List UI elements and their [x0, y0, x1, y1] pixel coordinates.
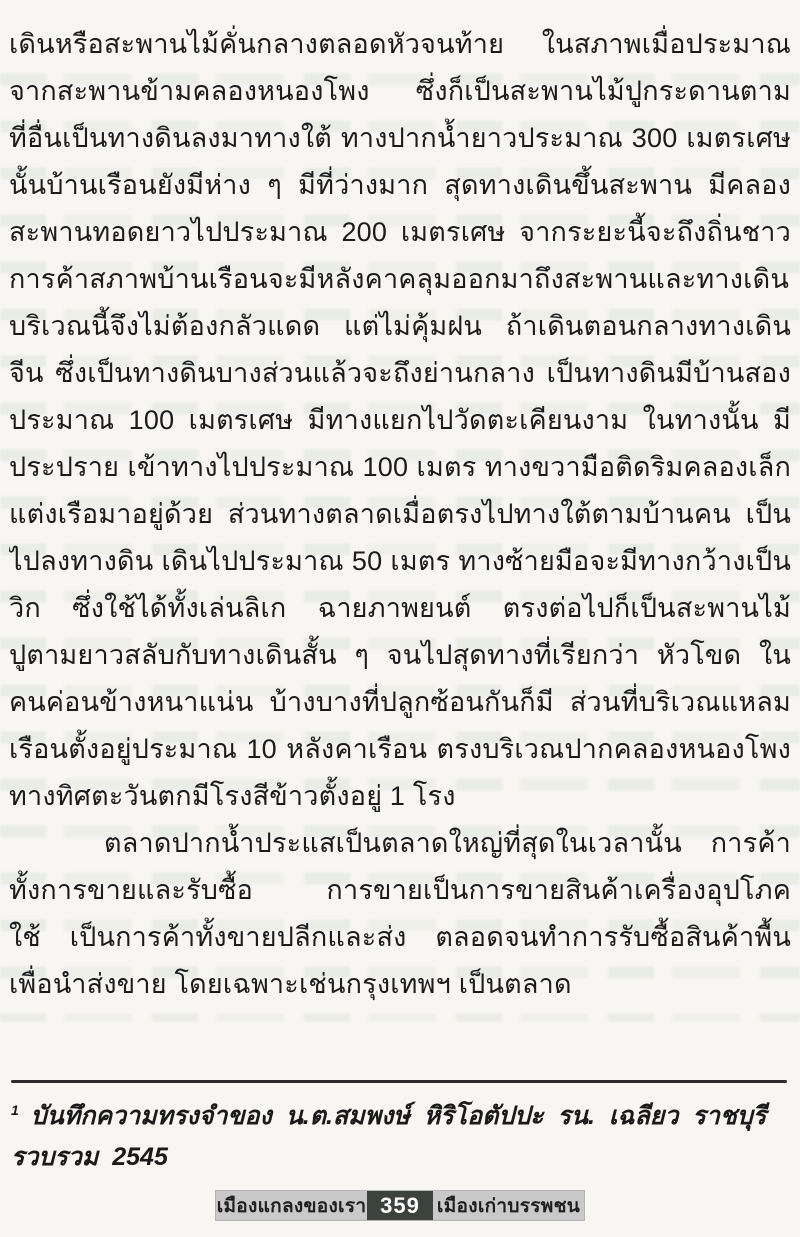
text-line: ทั้งการขายและรับซื้อ การขายเป็นการขายสิน…	[9, 867, 791, 914]
text-line: การค้าสภาพบ้านเรือนจะมีหลังคาคลุมออกมาถึ…	[9, 256, 791, 303]
footer-chapter-title: เมืองเก่าบรรพชน	[433, 1191, 584, 1220]
text-line: ใช้ เป็นการค้าทั้งขายปลีกและส่ง ตลอดจนทำ…	[9, 914, 791, 961]
footnote-line-1: 1บันทึกความทรงจำของ น.ต.สมพงษ์ หิริโอตัป…	[11, 1096, 787, 1137]
page-number-badge: 359	[367, 1191, 433, 1220]
text-line: เดินหรือสะพานไม้คั่นกลางตลอดหัวจนท้าย ใน…	[9, 21, 791, 68]
text-line: ไปลงทางดิน เดินไปประมาณ 50 เมตร ทางซ้ายม…	[9, 538, 791, 585]
footnote: 1บันทึกความทรงจำของ น.ต.สมพงษ์ หิริโอตัป…	[11, 1080, 787, 1178]
text-line: เรือนตั้งอยู่ประมาณ 10 หลังคาเรือน ตรงบร…	[9, 726, 791, 773]
text-line: คนค่อนข้างหนาแน่น บ้างบางที่ปลูกซ้อนกันก…	[9, 679, 791, 726]
page-footer-bar: เมืองแกลงของเรา 359 เมืองเก่าบรรพชน	[215, 1190, 585, 1221]
footnote-line-2: รวบรวม 2545	[11, 1137, 787, 1178]
text-line: บริเวณนี้จึงไม่ต้องกลัวแดด แต่ไม่คุ้มฝน …	[9, 303, 791, 350]
text-line: นั้นบ้านเรือนยังมีห่าง ๆ มีที่ว่างมาก สุ…	[9, 162, 791, 209]
text-line: เพื่อนำส่งขาย โดยเฉพาะเช่นกรุงเทพฯ เป็นต…	[9, 961, 791, 1008]
text-line: ที่อื่นเป็นทางดินลงมาทางใต้ ทางปากน้ำยาว…	[9, 115, 791, 162]
text-line: ตลาดปากน้ำประแสเป็นตลาดใหญ่ที่สุดในเวลาน…	[9, 820, 791, 867]
text-line: แต่งเรือมาอยู่ด้วย ส่วนทางตลาดเมื่อตรงไป…	[9, 491, 791, 538]
footnote-separator	[11, 1080, 787, 1083]
text-line: ประมาณ 100 เมตรเศษ มีทางแยกไปวัดตะเคียนง…	[9, 397, 791, 444]
footnote-text: บันทึกความทรงจำของ น.ต.สมพงษ์ หิริโอตัปป…	[31, 1102, 766, 1130]
text-line: วิก ซึ่งใช้ได้ทั้งเล่นลิเก ฉายภาพยนต์ ตร…	[9, 585, 791, 632]
footer-book-title: เมืองแกลงของเรา	[216, 1191, 367, 1220]
body-text: เดินหรือสะพานไม้คั่นกลางตลอดหัวจนท้าย ใน…	[9, 21, 791, 1008]
text-line: สะพานทอดยาวไปประมาณ 200 เมตรเศษ จากระยะน…	[9, 209, 791, 256]
scanned-page: เดินหรือสะพานไม้คั่นกลางตลอดหัวจนท้าย ใน…	[0, 0, 800, 1237]
text-line: ทางทิศตะวันตกมีโรงสีข้าวตั้งอยู่ 1 โรง	[9, 773, 791, 820]
text-line: จีน ซึ่งเป็นทางดินบางส่วนแล้วจะถึงย่านกล…	[9, 350, 791, 397]
text-line: จากสะพานข้ามคลองหนองโพง ซึ่งก็เป็นสะพานไ…	[9, 68, 791, 115]
text-line: ประปราย เข้าทางไปประมาณ 100 เมตร ทางขวาม…	[9, 444, 791, 491]
footnote-marker: 1	[11, 1102, 19, 1118]
text-line: ปูตามยาวสลับกับทางเดินสั้น ๆ จนไปสุดทางท…	[9, 632, 791, 679]
